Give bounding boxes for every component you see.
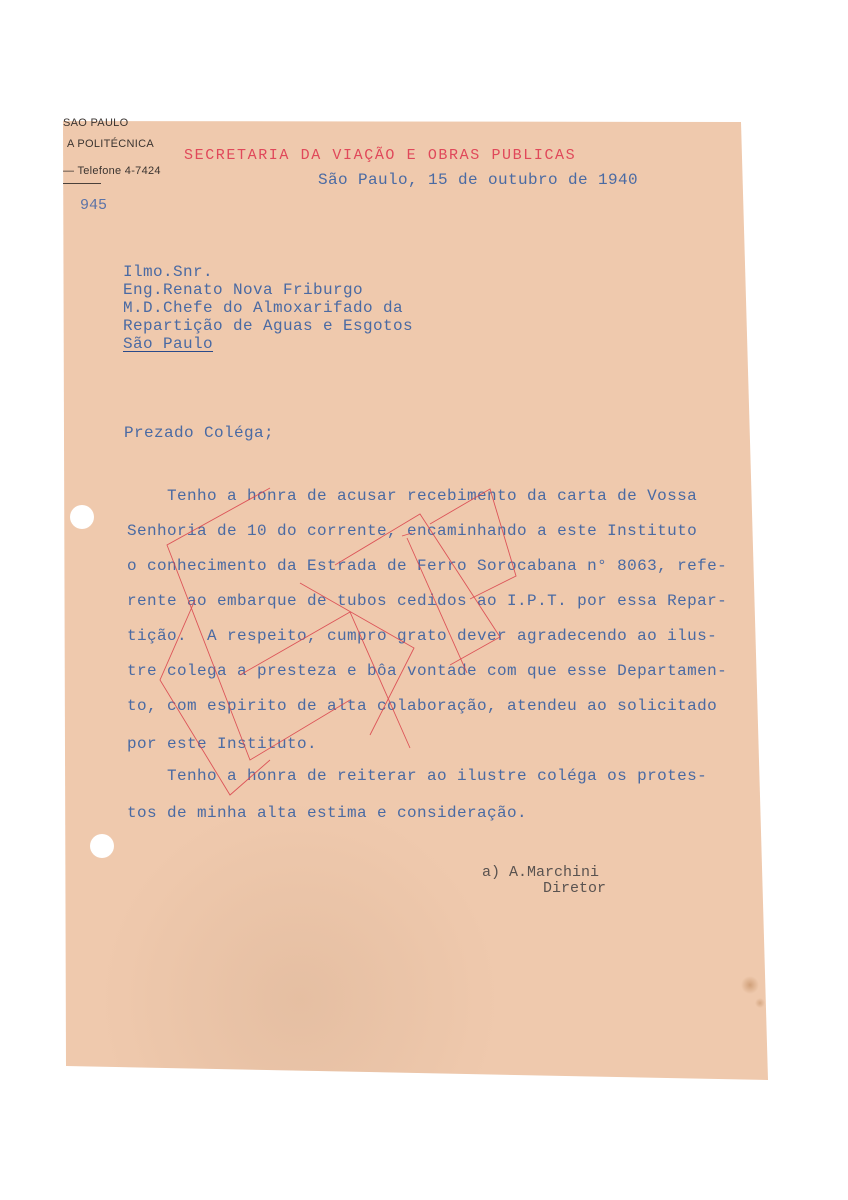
signature-title: Diretor xyxy=(543,880,606,897)
body-line: tos de minha alta estima e consideração. xyxy=(127,804,527,822)
body-line: tre colega a presteza e bôa vontade com … xyxy=(127,662,727,680)
signature-name: a) A.Marchini xyxy=(482,864,599,881)
body-line: Tenho a honra de reiterar ao ilustre col… xyxy=(127,767,707,785)
department-heading: SECRETARIA DA VIAÇÃO E OBRAS PUBLICAS xyxy=(184,147,576,164)
punch-hole-bottom xyxy=(90,834,114,858)
letterhead-institution: A POLITÉCNICA xyxy=(67,138,154,150)
body-line: por este Instituto. xyxy=(127,735,317,753)
body-line: Senhoria de 10 do corrente, encaminhando… xyxy=(127,522,697,540)
letterhead-city: SAO PAULO xyxy=(63,117,128,129)
recipient-title: Ilmo.Snr. xyxy=(123,263,213,281)
dateline: São Paulo, 15 de outubro de 1940 xyxy=(318,171,638,189)
body-line: o conhecimento da Estrada de Ferro Soroc… xyxy=(127,557,727,575)
body-line: to, com espirito de alta colaboração, at… xyxy=(127,697,717,715)
body-line: tição. A respeito, cumpro grato dever ag… xyxy=(127,627,717,645)
letterhead-divider xyxy=(63,183,101,184)
recipient-position: M.D.Chefe do Almoxarifado da xyxy=(123,299,403,317)
salutation: Prezado Coléga; xyxy=(124,424,274,442)
letterhead-telephone: — Telefone 4-7424 xyxy=(63,165,161,177)
recipient-name: Eng.Renato Nova Friburgo xyxy=(123,281,363,299)
body-line: Tenho a honra de acusar recebimento da c… xyxy=(127,487,697,505)
punch-hole-top xyxy=(70,505,94,529)
body-line: rente ao embarque de tubos cedidos ao I.… xyxy=(127,592,727,610)
reference-number: 945 xyxy=(80,197,107,214)
recipient-department: Repartição de Aguas e Esgotos xyxy=(123,317,413,335)
recipient-city: São Paulo xyxy=(123,335,213,353)
